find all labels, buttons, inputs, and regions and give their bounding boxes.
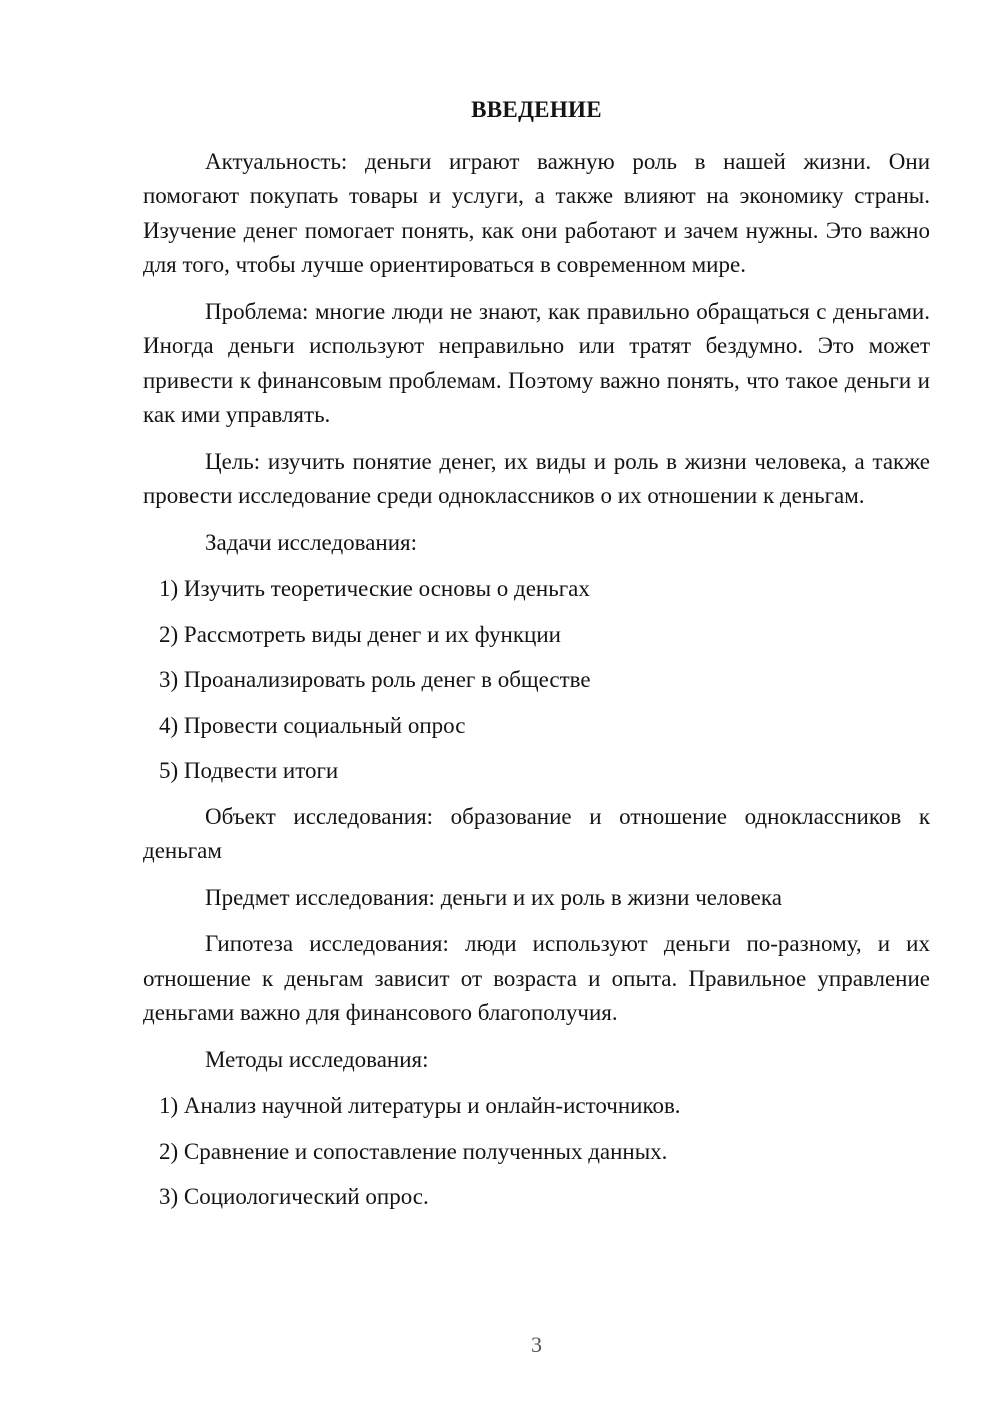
paragraph: Актуальность: деньги играют важную роль … [143, 145, 930, 283]
paragraph-container: Актуальность: деньги играют важную роль … [143, 145, 930, 1215]
list-item: 2) Сравнение и сопоставление полученных … [143, 1135, 930, 1170]
paragraph: Методы исследования: [143, 1043, 930, 1078]
page-title: ВВЕДЕНИЕ [143, 93, 930, 128]
list-item: 2) Рассмотреть виды денег и их функции [143, 618, 930, 653]
page-number: 3 [143, 1328, 930, 1362]
document-page: ВВЕДЕНИЕ Актуальность: деньги играют важ… [0, 0, 1000, 1414]
document-content: ВВЕДЕНИЕ Актуальность: деньги играют важ… [143, 93, 930, 1226]
list-item: 5) Подвести итоги [143, 754, 930, 789]
list-item: 4) Провести социальный опрос [143, 709, 930, 744]
list-item: 3) Проанализировать роль денег в обществ… [143, 663, 930, 698]
paragraph: Объект исследования: образование и отнош… [143, 800, 930, 869]
list-item: 3) Социологический опрос. [143, 1180, 930, 1215]
paragraph: Проблема: многие люди не знают, как прав… [143, 295, 930, 433]
list-item: 1) Анализ научной литературы и онлайн-ис… [143, 1089, 930, 1124]
paragraph: Предмет исследования: деньги и их роль в… [143, 881, 930, 916]
paragraph: Гипотеза исследования: люди используют д… [143, 927, 930, 1031]
paragraph: Цель: изучить понятие денег, их виды и р… [143, 445, 930, 514]
list-item: 1) Изучить теоретические основы о деньга… [143, 572, 930, 607]
paragraph: Задачи исследования: [143, 526, 930, 561]
